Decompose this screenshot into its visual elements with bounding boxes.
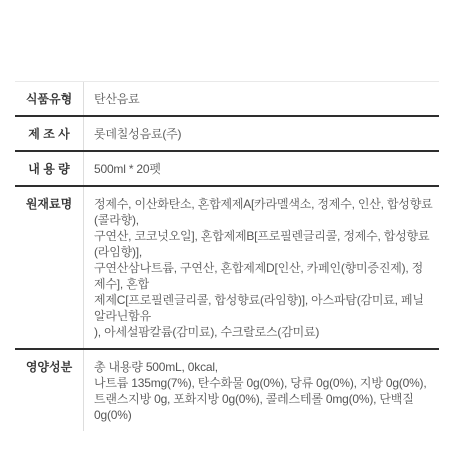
spec-label-manufacturer: 제 조 사 bbox=[15, 117, 83, 150]
spec-label-ingredients: 원재료명 bbox=[15, 187, 83, 348]
product-spec-table: 식품유형 탄산음료 제 조 사 롯데칠성음료(주) 내 용 량 500ml * … bbox=[15, 81, 439, 431]
spec-row-nutrition: 영양성분 총 내용량 500mL, 0kcal, 나트륨 135mg(7%), … bbox=[15, 350, 439, 431]
spec-label-volume: 내 용 량 bbox=[15, 152, 83, 185]
spec-value-nutrition: 총 내용량 500mL, 0kcal, 나트륨 135mg(7%), 탄수화물 … bbox=[83, 350, 439, 431]
spec-value-ingredients: 정제수, 이산화탄소, 혼합제제A[카라멜색소, 정제수, 인산, 합성향료(콜… bbox=[83, 187, 439, 348]
spec-label-nutrition: 영양성분 bbox=[15, 350, 83, 431]
spec-value-volume: 500ml * 20펫 bbox=[83, 152, 439, 185]
spec-value-manufacturer: 롯데칠성음료(주) bbox=[83, 117, 439, 150]
spec-row-ingredients: 원재료명 정제수, 이산화탄소, 혼합제제A[카라멜색소, 정제수, 인산, 합… bbox=[15, 187, 439, 350]
spec-row-manufacturer: 제 조 사 롯데칠성음료(주) bbox=[15, 117, 439, 152]
spec-row-volume: 내 용 량 500ml * 20펫 bbox=[15, 152, 439, 187]
spec-label-food-type: 식품유형 bbox=[15, 82, 83, 115]
spec-row-food-type: 식품유형 탄산음료 bbox=[15, 82, 439, 117]
spec-value-food-type: 탄산음료 bbox=[83, 82, 439, 115]
product-info-page: 식품유형 탄산음료 제 조 사 롯데칠성음료(주) 내 용 량 500ml * … bbox=[0, 0, 450, 450]
